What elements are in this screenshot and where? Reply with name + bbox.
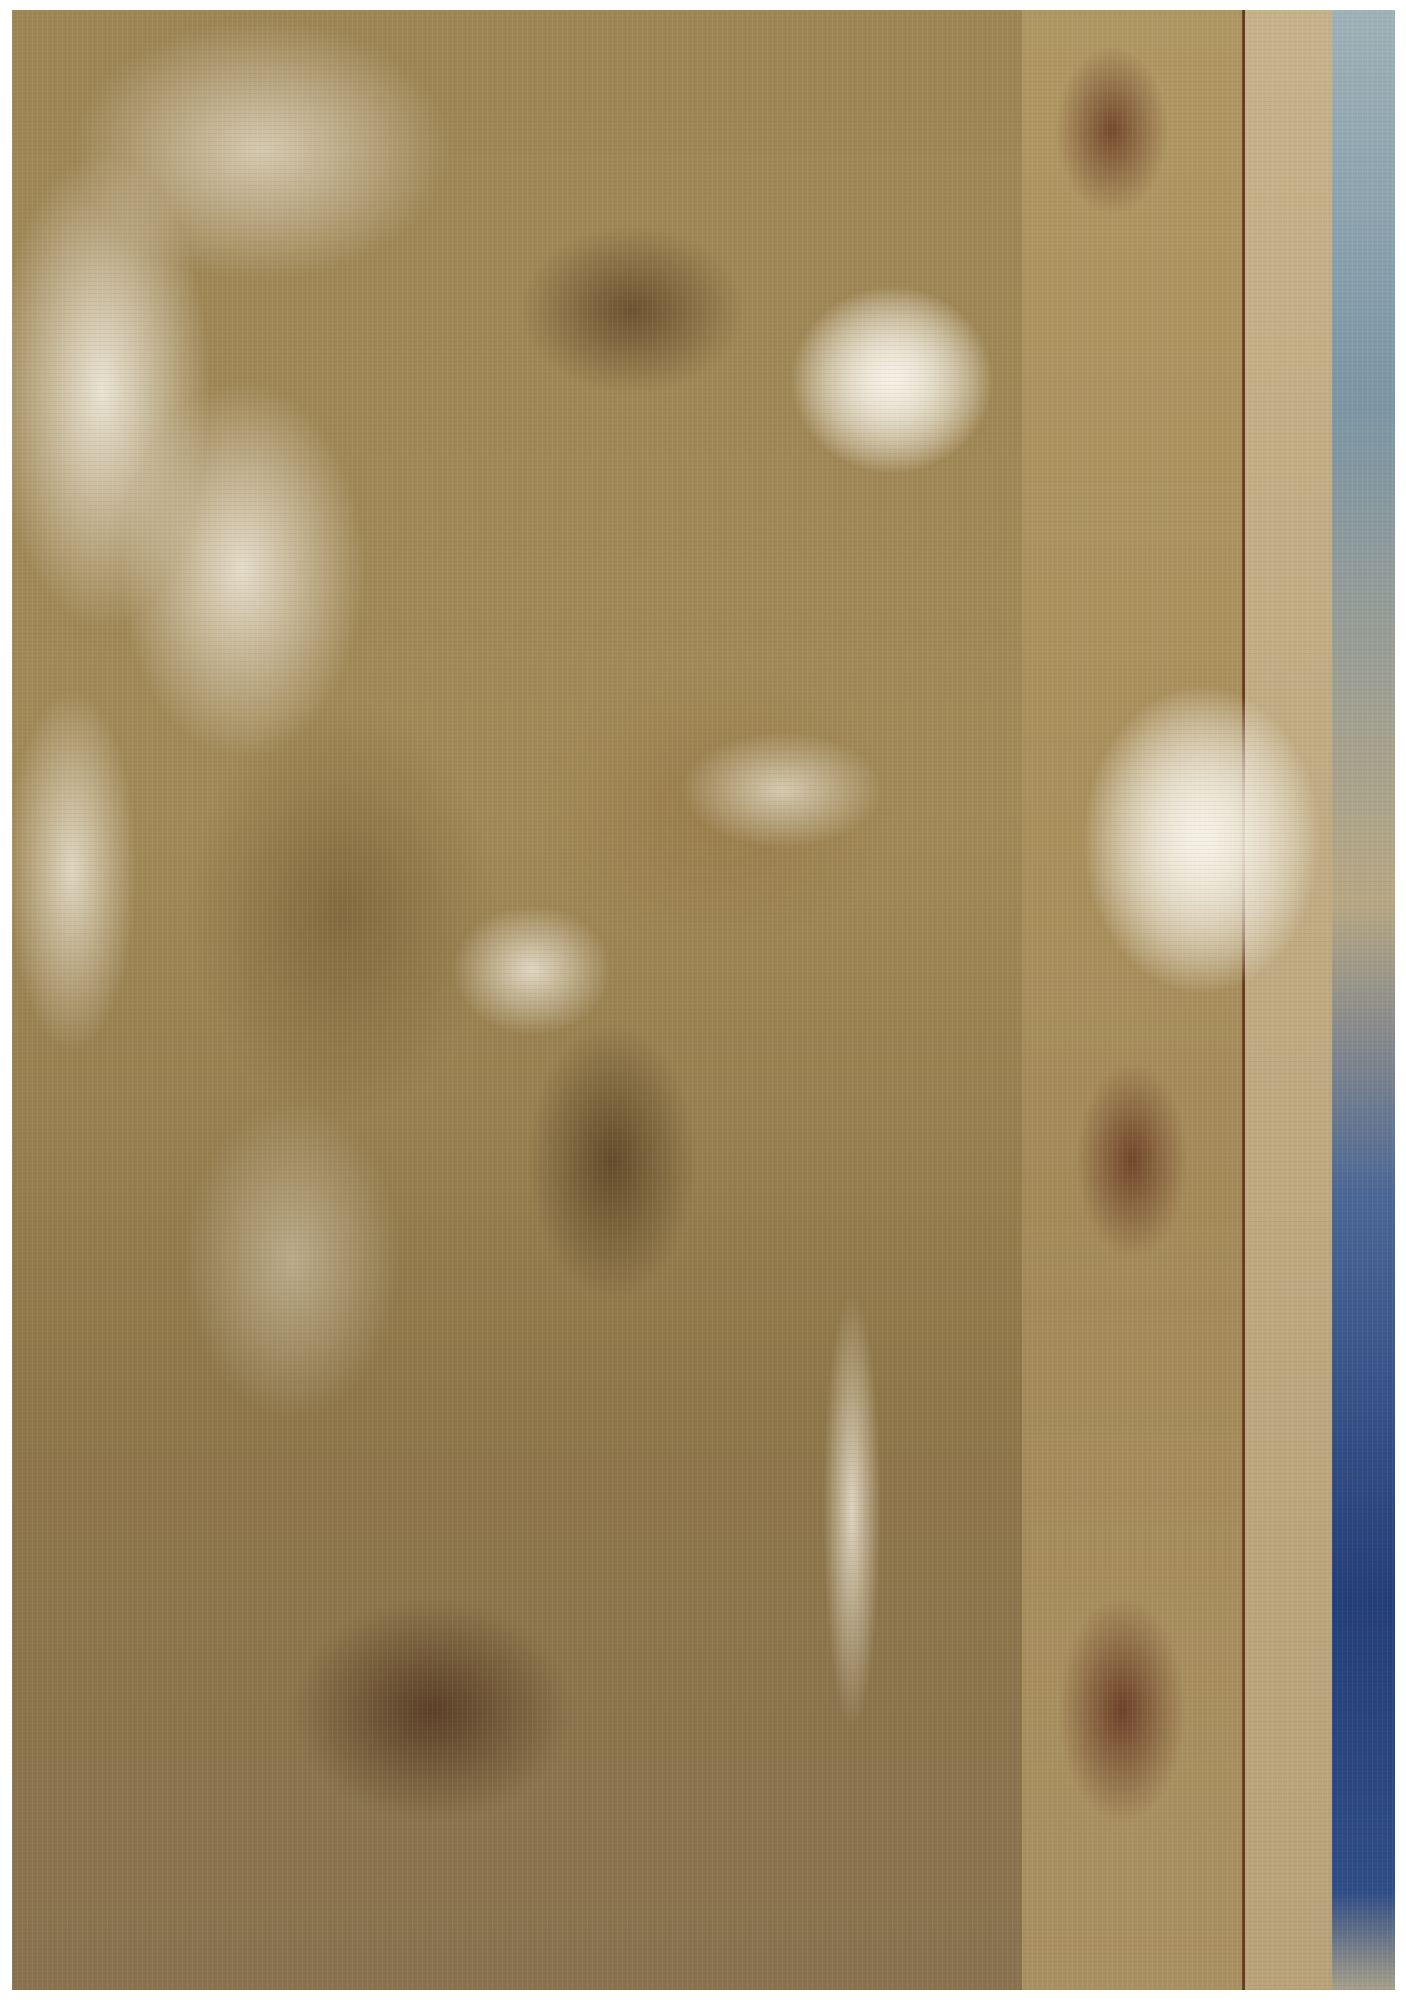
rug-photo xyxy=(12,10,1395,1990)
rug-weave-texture xyxy=(12,10,1395,1990)
